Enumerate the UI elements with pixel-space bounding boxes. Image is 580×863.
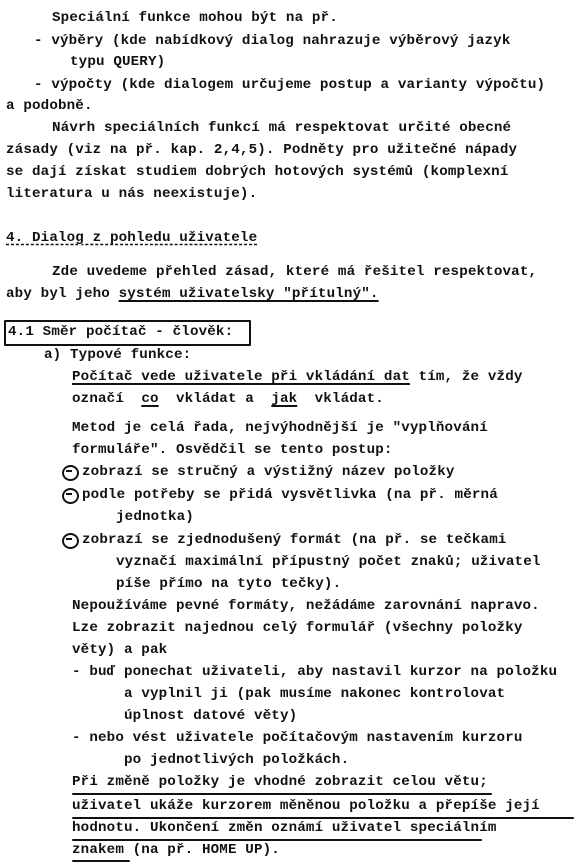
paragraph-line: Návrh speciálních funkcí má respektovat … bbox=[52, 118, 511, 138]
typewritten-page: Speciální funkce mohou být na př. - výbě… bbox=[0, 0, 580, 863]
body-line: Lze zobrazit najednou celý formulář (vše… bbox=[72, 618, 523, 638]
body-line: Nepoužíváme pevné formáty, nežádáme zaro… bbox=[72, 596, 540, 616]
bullet-item: zobrazí se stručný a výstižný název polo… bbox=[82, 462, 455, 482]
bullet-item: zobrazí se zjednodušený formát (na př. s… bbox=[82, 530, 507, 550]
text-run: vkládat a bbox=[159, 391, 272, 407]
dash-item-cont: a vyplnil ji (pak musíme nakonec kontrol… bbox=[124, 684, 505, 704]
underlined-line: znakem (na př. HOME UP). bbox=[72, 840, 280, 860]
body-line: Počítač vede uživatele při vkládání dat … bbox=[72, 367, 523, 387]
circled-dash-bullet-icon bbox=[62, 488, 79, 504]
body-line: Metod je celá řada, nejvýhodnější je "vy… bbox=[72, 418, 488, 438]
underlined-word: co bbox=[141, 391, 158, 407]
subsection-heading: 4.1 Směr počítač - člověk: bbox=[8, 322, 233, 342]
bullet-item-cont: jednotka) bbox=[116, 507, 194, 527]
pen-underline bbox=[72, 793, 492, 795]
intro-closing: a podobně. bbox=[6, 96, 93, 116]
dash-item-cont: po jednotlivých položkách. bbox=[124, 750, 349, 770]
text-run: aby byl jeho bbox=[6, 286, 119, 302]
paragraph-line: literatura u nás neexistuje). bbox=[6, 184, 257, 204]
paragraph-line: zásady (viz na př. kap. 2,4,5). Podněty … bbox=[6, 140, 517, 160]
intro-line: Speciální funkce mohou být na př. bbox=[52, 8, 338, 28]
underlined-word: jak bbox=[271, 391, 297, 407]
text-run: tím, že vždy bbox=[410, 369, 523, 385]
text-run: vkládat. bbox=[297, 391, 384, 407]
bullet-item: podle potřeby se přidá vysvětlivka (na p… bbox=[82, 485, 498, 505]
subsection-item-label: a) Typové funkce: bbox=[44, 345, 191, 365]
underlined-phrase: systém uživatelsky "přítulný". bbox=[119, 286, 379, 302]
dash-item: - nebo vést uživatele počítačovým nastav… bbox=[72, 728, 523, 748]
circled-dash-bullet-icon bbox=[62, 465, 79, 481]
body-line: označí co vkládat a jak vkládat. bbox=[72, 389, 384, 409]
section-heading: 4. Dialog z pohledu uživatele bbox=[6, 228, 257, 248]
intro-item-selections: - výběry (kde nabídkový dialog nahrazuje… bbox=[34, 31, 511, 51]
text-run: označí bbox=[72, 391, 141, 407]
body-line: věty) a pak bbox=[72, 640, 167, 660]
intro-item-selections-cont: typu QUERY) bbox=[70, 52, 165, 72]
underlined-phrase: Počítač vede uživatele při vkládání dat bbox=[72, 369, 410, 385]
section-paragraph-line: aby byl jeho systém uživatelsky "přítuln… bbox=[6, 284, 379, 304]
dash-item: - buď ponechat uživateli, aby nastavil k… bbox=[72, 662, 557, 682]
underlined-line: Při změně položky je vhodné zobrazit cel… bbox=[72, 772, 488, 792]
section-paragraph-line: Zde uvedeme přehled zásad, které má řeši… bbox=[52, 262, 537, 282]
intro-item-calculations: - výpočty (kde dialogem určujeme postup … bbox=[34, 75, 545, 95]
circled-dash-bullet-icon bbox=[62, 533, 79, 549]
body-line: formuláře". Osvědčil se tento postup: bbox=[72, 440, 393, 460]
underlined-line: hodnotu. Ukončení změn oznámí uživatel s… bbox=[72, 818, 497, 838]
bullet-item-cont: vyznačí maximální přípustný počet znaků;… bbox=[116, 552, 541, 572]
pen-underline bbox=[72, 860, 130, 862]
paragraph-line: se dají získat studiem dobrých hotových … bbox=[6, 162, 509, 182]
underlined-line: uživatel ukáže kurzorem měněnou položku … bbox=[72, 796, 540, 816]
bullet-item-cont: píše přímo na tyto tečky). bbox=[116, 574, 341, 594]
dash-item-cont: úplnost datové věty) bbox=[124, 706, 297, 726]
